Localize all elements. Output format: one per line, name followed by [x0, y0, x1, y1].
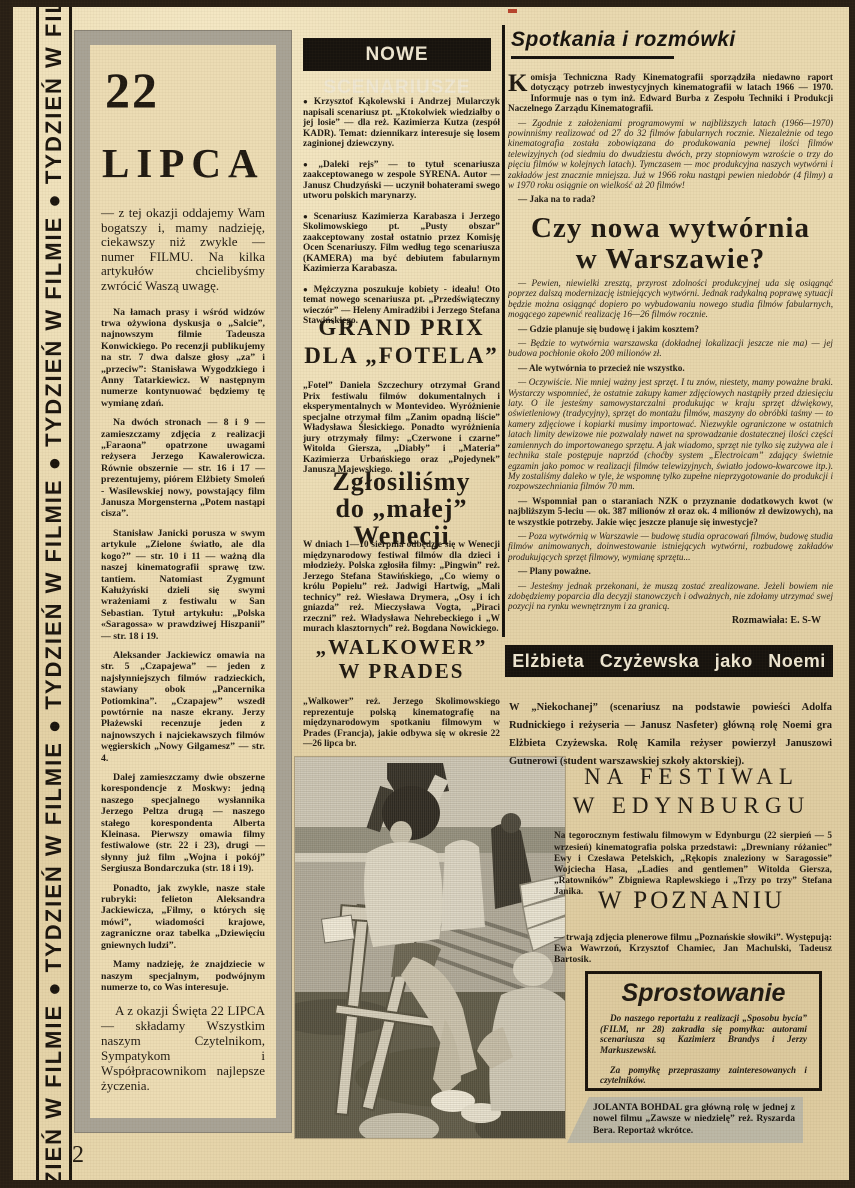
vertical-masthead: ● TYDZIEŃ W FILMIE ● TYDZIEŃ W FILMIE ● …: [39, 7, 69, 1181]
warszawa-heading-line2: w Warszawie?: [576, 243, 765, 275]
lipca-closing: A z okazji Święta 22 LIPCA — składamy Ws…: [101, 1003, 265, 1093]
scan-border-right: [849, 0, 855, 1188]
lipca-paragraph: Mamy nadzieję, że znajdziecie w naszym s…: [101, 959, 265, 993]
scenario-item: ●„Daleki rejs” — to tytuł scenariusza za…: [303, 160, 500, 202]
interview-question: — Gdzie planuje się budowę i jakim koszt…: [508, 324, 833, 334]
scenario-item: ●Krzysztof Kąkolewski i Andrzej Mularczy…: [303, 97, 500, 150]
interview-answer: — Poza wytwórnią w Warszawie — budowę st…: [508, 531, 833, 562]
scenario-item-text: Scenariusz Kazimierza Karabasza i Jerzeg…: [303, 212, 500, 275]
edynburg-heading: NA FESTIWAL W EDYNBURGU: [551, 762, 832, 820]
lipca-paragraph: Na łamach prasy i wśród widzów trwa ożyw…: [101, 307, 265, 410]
sprostowanie-body: Za pomyłkę przepraszamy zainteresowanych…: [600, 1065, 807, 1086]
photo-grain-overlay: [295, 757, 565, 1138]
grand-prix-heading-line2: DLA „FOTELA”: [304, 343, 499, 368]
walkower-heading-line2: W PRADES: [339, 659, 465, 683]
column-divider-rule: [502, 25, 505, 637]
scenario-item-text: Krzysztof Kąkolewski i Andrzej Mularczyk…: [303, 97, 500, 149]
sprostowanie-heading: Sprostowanie: [600, 979, 807, 1008]
interview-question: — Plany poważne.: [508, 566, 833, 576]
wenecja-heading: Zgłosiliśmy do „małej” Wenecji: [303, 468, 500, 549]
walkower-heading: „WALKOWER” W PRADES: [303, 635, 500, 683]
interview-answer: — Zgodnie z założeniami programowymi w n…: [508, 118, 833, 191]
spotkania-heading: Spotkania i rozmówki: [511, 28, 736, 52]
nowe-scenariusze-banner: NOWE SCENARIUSZE: [303, 38, 491, 71]
interview-answer: — Oczywiście. Nie mniej ważny jest sprzę…: [508, 377, 833, 491]
lipca-intro: — z tej okazji oddajemy Wam bogatszy i, …: [101, 206, 265, 294]
lipca-paragraph: Aleksander Jackiewicz omawia na str. 5 „…: [101, 650, 265, 764]
page-number: 2: [72, 1142, 84, 1169]
interview-question: — Jaka na to rada?: [508, 194, 833, 204]
grand-prix-body: „Fotel” Daniela Szczechury otrzymał Gran…: [303, 381, 500, 476]
interview-question: — Wspomniał pan o staraniach NZK o przyz…: [508, 496, 833, 527]
interview-lead: Komisja Techniczna Rady Kinematografii s…: [508, 72, 833, 114]
bullet-icon: ●: [303, 97, 311, 106]
edynburg-heading-line1: NA FESTIWAL: [584, 764, 799, 789]
scan-border-left: [0, 0, 13, 1188]
interview-main-block: — Pewien, niewielki zresztą, przyrost zd…: [508, 278, 833, 640]
lipca-editorial-inner: 22 LIPCA — z tej okazji oddajemy Wam bog…: [90, 45, 276, 1118]
lipca-paragraph: Dalej zamieszczamy dwie obszerne korespo…: [101, 772, 265, 875]
scan-border-top: [0, 0, 855, 7]
walkower-body: „Walkower” reż. Jerzego Skolimowskiego r…: [303, 697, 500, 750]
red-registration-mark: [508, 9, 517, 13]
nowe-scenariusze-list: ●Krzysztof Kąkolewski i Andrzej Mularczy…: [303, 88, 500, 337]
bullet-icon: ●: [303, 212, 311, 221]
bullet-icon: ●: [303, 160, 315, 169]
interview-signoff: Rozmawiała: E. S-W: [508, 616, 833, 626]
wenecja-body: W dniach 1—10 sierpnia odbędzie się w We…: [303, 540, 500, 635]
grand-prix-heading: GRAND PRIX DLA „FOTELA”: [303, 314, 500, 370]
niekochana-body: W „Niekochanej” (scenariusz na podstawie…: [509, 699, 832, 771]
jolanta-caption: JOLANTA BOHDAL gra główną rolę w jednej …: [567, 1097, 803, 1143]
lipca-editorial-box: 22 LIPCA — z tej okazji oddajemy Wam bog…: [74, 30, 292, 1133]
wenecja-heading-line1: Zgłosiliśmy: [332, 467, 470, 496]
film-set-photo: [295, 757, 565, 1138]
magazine-page: ● TYDZIEŃ W FILMIE ● TYDZIEŃ W FILMIE ● …: [0, 0, 855, 1188]
lipca-day: 22: [105, 65, 265, 115]
sprostowanie-body: Do naszego reportażu z realizacji „Sposo…: [600, 1013, 807, 1055]
warszawa-heading: Czy nowa wytwórnia w Warszawie?: [508, 213, 833, 275]
czyzewska-banner: Elżbieta Czyżewska jako Noemi: [505, 645, 833, 677]
lipca-paragraph: Na dwóch stronach — 8 i 9 — zamieszczamy…: [101, 417, 265, 520]
sprostowanie-box: Sprostowanie Do naszego reportażu z real…: [585, 971, 822, 1091]
lipca-paragraph: Stanisław Janicki porusza w swym artykul…: [101, 528, 265, 642]
walkower-heading-line1: „WALKOWER”: [316, 635, 488, 659]
edynburg-heading-line2: W EDYNBURGU: [573, 793, 810, 818]
interview-answer: — Będzie to wytwórnia warszawska (dokład…: [508, 338, 833, 359]
lipca-month: LIPCA: [102, 143, 265, 184]
interview-lead-text: omisja Techniczna Rady Kinematografii sp…: [508, 72, 833, 113]
masthead-rule-right: [69, 7, 72, 1180]
scenario-item-text: „Daleki rejs” — to tytuł scenariusza zaa…: [303, 160, 500, 202]
grand-prix-heading-line1: GRAND PRIX: [318, 315, 484, 340]
interview-answer: — Jesteśmy jednak przekonani, że muszą z…: [508, 581, 833, 612]
lipca-paragraph: Ponadto, jak zwykle, nasze stałe rubryki…: [101, 883, 265, 951]
bullet-icon: ●: [303, 285, 311, 294]
interview-question: — Ale wytwórnia to przecież nie wszystko…: [508, 363, 833, 373]
drop-cap: K: [508, 73, 527, 94]
warszawa-heading-line1: Czy nowa wytwórnia: [531, 212, 810, 244]
spotkania-underline: [511, 56, 674, 59]
scan-border-bottom: [0, 1180, 855, 1188]
interview-lead-block: Komisja Techniczna Rady Kinematografii s…: [508, 68, 833, 211]
poznan-heading: W POZNANIU: [551, 887, 832, 915]
poznan-body: — trwają zdjęcia plenerowe filmu „Poznań…: [554, 933, 832, 967]
scenario-item: ●Scenariusz Kazimierza Karabasza i Jerze…: [303, 212, 500, 275]
interview-answer: — Pewien, niewielki zresztą, przyrost zd…: [508, 278, 833, 320]
